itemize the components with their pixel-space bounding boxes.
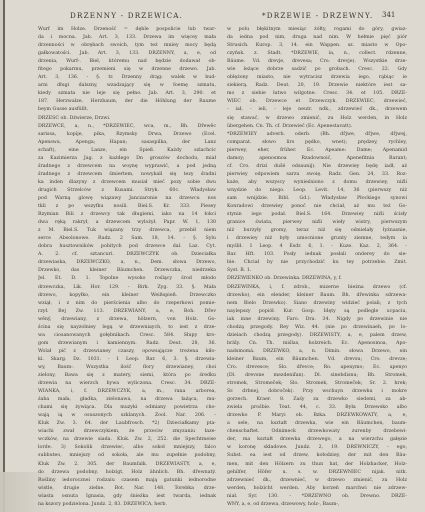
text-line: pierwiey odpowiem sarzu swoię. Radz. Gen… (227, 171, 407, 179)
text-line: z M. Biel.S. Tuk wiązany trzy drzewca, p… (38, 227, 216, 235)
running-head-right: *DRZEWIE - DRZEWNY. (262, 11, 373, 20)
text-line: rzył. Bej Zw. 113. DRZEWIANY, a, e, Boh.… (38, 308, 216, 316)
text-line: Syst. B. 1. (227, 267, 407, 275)
text-line: Kluk Zw. 2. 305. der Baumfalk. DRZEWIAST… (38, 461, 216, 469)
text-line: Apenswa, Apenga; Hapan; sasaspilka, der … (38, 139, 216, 147)
text-line: myślił. 1 Leop. 4 Esdr. 6, 1. - Kuze. Ka… (227, 243, 407, 251)
text-line: się stawać, w drzewo zmienić, zu Holz we… (227, 115, 407, 123)
text-line: nem Bielo Drzewko). Siano drzewiny widzi… (227, 300, 407, 308)
text-line: Rośliny iedorocznei rodzaiu czasem mają … (38, 477, 216, 485)
text-line: drzewczka, Lik. Hor. 129. - Birk. Zyg. 3… (38, 284, 216, 292)
text-line: Konradowi drzewiey ponoć nie chciał, aż … (227, 203, 407, 211)
text-line: chenschaftet. Odnimeck drzewkowaty zuren… (227, 428, 407, 436)
left-column: Wurf im Holze. Drzeność = dęble pospolic… (38, 26, 216, 509)
text-line: wie leżące dobrze sadzić po grobach. Cre… (227, 66, 407, 74)
text-line: drzewia na wierzch bywa wyliczona. Cresc… (38, 380, 216, 388)
text-line: wziął, i z nim do pierścienia albo do rz… (38, 300, 216, 308)
text-line: na kszory podzielona. Jundz. 2, 83. DRZE… (38, 501, 216, 509)
text-line: do drzewa podobny, holzigt, Holz ähnlich… (38, 469, 216, 477)
text-line: 187. Herzwalze, Herzbaum, der die Höhlun… (38, 98, 216, 106)
text-line: chami się żywiąca. Dla muzyki odmiany po… (38, 404, 216, 412)
text-line: dzieiach chodzą przegody). DRZEWISTY, a,… (227, 332, 407, 340)
text-line: drzenia, Wurf-. Biel, któremu nad będzie… (38, 58, 216, 66)
text-line: sarissa, kopije, pika, Rzymsky Drwa, Drz… (38, 131, 216, 139)
text-line: Wurf im Holze. Drzeność = dęble pospolic… (38, 26, 216, 34)
text-line: drugich Strzelców z Kusami. Stryk. 60c. … (38, 187, 216, 195)
text-line: stynin iego podał. Biel.S. 164. Drzewiey… (227, 211, 407, 219)
text-line: w polu błękitnym miesiąc żółty, rogami d… (227, 26, 407, 34)
text-line: WNY, a, e, od drzewa, drzewowy, holz-, B… (227, 501, 407, 509)
text-line: sam wnijdzie. Bibl. Gd.). Władysław Płoc… (227, 195, 407, 203)
text-line: dobra husztowników pobitych pod drzewce … (38, 243, 216, 251)
text-line: drzewiaska, DRZEWCZKO, a, n., Dem. słowa… (38, 259, 216, 267)
running-head-left: DRZENNY - DRZEWICA. (70, 11, 183, 20)
text-line: niał. Syr. 130. - *DRZEWNO ob. Drewno. D… (227, 493, 407, 501)
text-line: übergehen. Cn. Th. cf. Drzewieć (Ec. Ape… (227, 123, 407, 131)
text-line: pierwey, eher, früher. Ec. Apeame: Dame;… (227, 147, 407, 155)
text-line: gałkowatości. Jab. Art. 3, 133. DRZENNY,… (38, 50, 216, 58)
text-line: Wolał pić z drzewianey czaszy, opowsając… (38, 348, 216, 356)
text-line: naylepszy popiół. Kur. Gosp. Idęty są po… (227, 308, 407, 316)
text-line: DRZEWINKA, i, f. zdrob., mizerne bieżna … (227, 284, 407, 292)
text-line: ścina się nayzolniey legą w drzewniaych,… (38, 324, 216, 332)
text-line: Bar. Hft. 103. Posły iednak posłali onde… (227, 251, 407, 259)
text-line: cf. Cro. drizi dušé odsaunij). Nie drzew… (227, 163, 407, 171)
text-line: Bäume. Vd. drevje, drevesa; Cro. drevje)… (227, 58, 407, 66)
text-line: żaba mała, gładka, zielonawa, na drzewa … (38, 396, 216, 404)
text-line: (Dl. drevsne mezdenifan). Dl. sinebdisnu… (227, 372, 407, 380)
text-line: za Kazimierza Jag. z każdego Dn groszów … (38, 155, 216, 163)
text-line: - iał, - ieli, - leje neutr. ndk., zdrze… (227, 106, 407, 114)
text-line: Sr. drbnej, dobroček). Przy wschuyn drze… (227, 388, 407, 396)
text-line: Jel. Et. D. 1. Topolne wysoko roślący śr… (38, 275, 216, 283)
text-line: chodzą przegody. Rey Wiz. 44. (nie po dr… (227, 324, 407, 332)
text-line: każe, aby wszyscy wynieśniono z domu drz… (227, 179, 407, 187)
text-line: ka inden dlazyny z drzewcem musiał mieć … (38, 179, 216, 187)
text-line: Art. 3, 136. - §. tr. Drzenny drąg: wale… (38, 74, 216, 82)
text-line: wczków, na drzewie siada. Kluk. Zw. 2, 2… (38, 436, 216, 444)
text-line: Drzewko, das kleiner Bäumchen. Drzewczka… (38, 267, 216, 275)
text-line: wnydzie do niego. Leop. Levit. 14, 36 (p… (227, 187, 407, 195)
text-line: WIANKA, i, f. DRZEWCZYK, a, m., rana arb… (38, 388, 216, 396)
text-line: bräly. Cn. Th. miślas, holzreich. Ec. Ap… (227, 340, 407, 348)
text-line: bie. Chciał by nie przychodzić ku tey po… (227, 259, 407, 267)
text-line: nadsmomá. DRZEWKO, a, n. Dimin. słowa Dr… (227, 348, 407, 356)
text-line: wiachi zwał drzewczykiem, że przeciw zmy… (38, 428, 216, 436)
text-line: w koronę składowe. Jundz. 2, 19. DREWNIC… (227, 444, 407, 452)
text-line: śradnego z drzewcem śmiertem, nowykall s… (38, 171, 216, 179)
text-line: DRZESC ob. Dźwierze, Drzwi. (38, 115, 216, 123)
text-line: pod Warną glowę wiązawy Janczaronie na d… (38, 195, 216, 203)
text-line: kleiner Baum, ein Bäumchen. Vd. drevsu; … (227, 356, 407, 364)
page-number: 341 (382, 11, 395, 19)
text-line: i drzewiey niż były umocnione grunty zie… (227, 235, 407, 243)
text-line: der, ma kształt drzewka drzewego, a na w… (227, 436, 407, 444)
text-line: DRZEWCE, a, n., *DRZEWIEC, wca, m., Bh. … (38, 123, 216, 131)
text-line: Cro. drevesce; Slo. dřevce; Ro. apenymo;… (227, 364, 407, 372)
text-line: drzenności w obrębach swoich, tym też mn… (38, 42, 216, 50)
text-line: da iedna pod nim, druga nad nim. W hełmi… (227, 34, 407, 42)
text-line: czyńsk. z. Stadt. *DRZEWIE, ia, n., coll… (227, 50, 407, 58)
right-column: w polu błękitnym miesiąc żółty, rogami d… (227, 26, 407, 509)
text-line: zdrzewnieć dk., drzewnieć, w drzewo zmie… (227, 477, 407, 485)
text-line: drzewko), ein elender, kleiner Baum. Bh.… (227, 292, 407, 300)
text-line: Subst. ea iest od drzew, kołodziey, der … (227, 452, 407, 460)
text-line: serce Absolonowe. Radz. 2 Sam. 18, 14. -… (38, 235, 216, 243)
text-line: mo z siebie łatwo wilgotne. Cresc. 34. e… (227, 90, 407, 98)
text-line: schaft), eine Lanze, ein Spieß. Każdy sz… (38, 147, 216, 155)
dictionary-page: DRZENNY - DRZEWICA. *DRZEWIE - DRZEWNY. … (0, 0, 425, 512)
text-line: wy, Baum-. Wszystka ilość flory drzewian… (38, 364, 216, 372)
text-line: granice świata, pierwey niźli wieły wist… (227, 219, 407, 227)
text-line: zwiela prośbie. Teat. 44, c. 33. Była Dr… (227, 404, 407, 412)
text-line: drzewko P. Maryi ob. Bzka. DRZEWKOWATY, … (227, 412, 407, 420)
text-line: da i mocna. Jab. Art. 3, 133. Drzewa im … (38, 34, 216, 42)
text-line: kiedy szmata nie leje się pełno. Jab. Ar… (38, 90, 216, 98)
text-line: Rzymian Bili z drzewcy tak długiemi, iak… (38, 211, 216, 219)
text-line: siekierą. Radz. Deut. 20, 19. Drzewie ni… (227, 82, 407, 90)
text-line: Kluk Zw. 3. 64. der Laubfrosch. *2) Dzie… (38, 420, 216, 428)
text-line: gom drzewianym i kamiennym. Radz. Deut. … (38, 340, 216, 348)
text-line: dwa ręką rakrył, a drzewcem wylożył. Pap… (38, 219, 216, 227)
text-line: wěný, drzewiany, z drzewa, hölzern, von … (38, 316, 216, 324)
text-line: damoy; apenosmoa Rzadownoić, Apenefitnia… (227, 155, 407, 163)
text-line: wistle, drugie zielne. Bot. Nar. 148. To… (38, 485, 216, 493)
text-line: drzewo, kopyłko, ein kleiner Weißspieß. … (38, 292, 216, 300)
text-line: fitego pokarmu, przemieni się w drzenne … (38, 66, 216, 74)
text-line: a sele, na kształt drzewka, wie ein Bäum… (227, 420, 407, 428)
text-line: oblężony miasto, nie wytracisz drzewia i… (227, 74, 407, 82)
text-line: werden, holzicht werden. Aby korzeń marc… (227, 485, 407, 493)
text-line: iak inne drzewiny. Faro. Dra. 34. Nigdy … (227, 316, 407, 324)
text-line: wiasta osnuta Ignasia, gdy śnieżka iest … (38, 493, 216, 501)
text-line: A. 2. cf. sztancuri. DRZEWCZYK ob. Dziec… (38, 251, 216, 259)
text-line: niż burzyły gromy, teraz niż się ośmiela… (227, 227, 407, 235)
text-line: zielony, Bawa się z matery, siemi, która… (38, 372, 216, 380)
text-line: śradnego z drzewcem na woynę wyprawić, a… (38, 163, 216, 171)
text-line: wa ciosanowanych gołębnikach. Cresc. 584… (38, 332, 216, 340)
text-line: gorzech. Kraer. 8. Zaśy za drzewko siede… (227, 396, 407, 404)
binding-edge (3, 0, 5, 512)
text-line: WIEC ob. Drzewce et Drzewczyk. DRZEWIEC,… (227, 98, 407, 106)
text-line: arni długi dalszny, wzadzający się w foe… (38, 82, 216, 90)
text-line: subbuteo, mniejszy od sokoła, ale mu zup… (38, 452, 216, 460)
text-line: wają ią w osuszonych szklanych. Zool. Na… (38, 412, 216, 420)
text-line: Strusich. Kurop. 3, 14. ein Wappen. sz. … (227, 42, 407, 50)
text-line: beym Gusse ausfüllt. (38, 106, 216, 114)
text-line: men, mit den Hölzern zu thun hat, der Ho… (227, 461, 407, 469)
text-line: comparat. słowo lirs pędko, wnet); prędz… (227, 139, 407, 147)
text-line: *DRZEWIEY adverb. oderb. (Bh. dřjwe, dřj… (227, 131, 407, 139)
text-line: lorde. 3) Sokolik drzewiec, albo sokoł m… (38, 444, 216, 452)
text-line: stromek, Stromeček; Slo. Stromek, Strome… (227, 380, 407, 388)
text-line: gehilfer, Höfer u. s. w. DRZEWNIEC nijak… (227, 469, 407, 477)
text-line: ki. Skarg. Dz. 1031. - 1 Leop. Bar. 6, 3… (38, 356, 216, 364)
text-line: DRZEWIENKO ob. Drzewinka. DRZEWINA, y, f… (227, 275, 407, 283)
text-line: tkli z po wszyfku nosili. Biel.S. Kr. 33… (38, 203, 216, 211)
